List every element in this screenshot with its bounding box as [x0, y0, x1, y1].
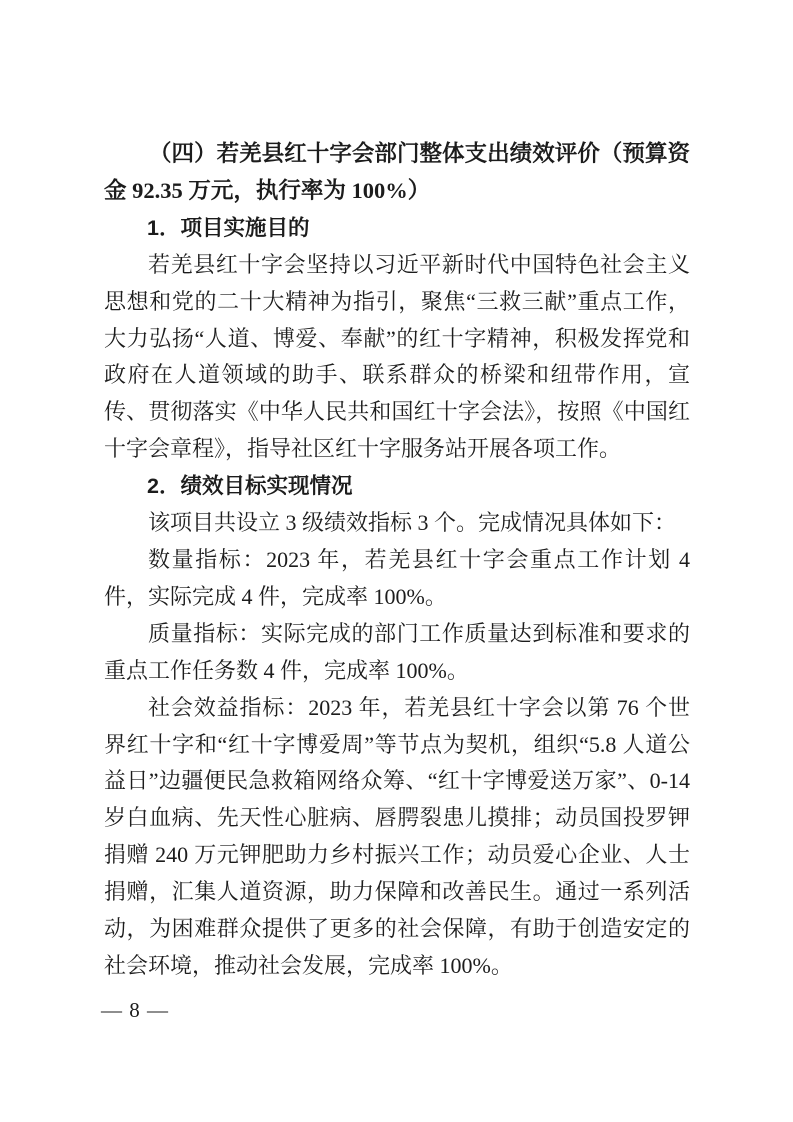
page-number: — 8 — — [101, 995, 169, 1025]
document-page: （四）若羌县红十字会部门整体支出绩效评价（预算资金 92.35 万元，执行率为 … — [0, 0, 793, 1122]
section-heading: （四）若羌县红十字会部门整体支出绩效评价（预算资金 92.35 万元，执行率为 … — [104, 136, 690, 210]
paragraph-quality-indicator: 质量指标：实际完成的部门工作质量达到标准和要求的重点工作任务数 4 件，完成率 … — [104, 616, 690, 690]
paragraph-project-purpose: 若羌县红十字会坚持以习近平新时代中国特色社会主义思想和党的二十大精神为指引，聚焦… — [104, 247, 690, 468]
paragraph-quantity-indicator: 数量指标：2023 年，若羌县红十字会重点工作计划 4 件，实际完成 4 件，完… — [104, 542, 690, 616]
paragraph-social-benefit-indicator: 社会效益指标：2023 年，若羌县红十字会以第 76 个世界红十字和“红十字博爱… — [104, 690, 690, 985]
subsection-1-heading: 1．项目实施目的 — [104, 210, 690, 247]
subsection-2-heading: 2．绩效目标实现情况 — [104, 468, 690, 505]
paragraph-indicator-overview: 该项目共设立 3 级绩效指标 3 个。完成情况具体如下： — [104, 505, 690, 542]
document-content: （四）若羌县红十字会部门整体支出绩效评价（预算资金 92.35 万元，执行率为 … — [104, 136, 690, 985]
